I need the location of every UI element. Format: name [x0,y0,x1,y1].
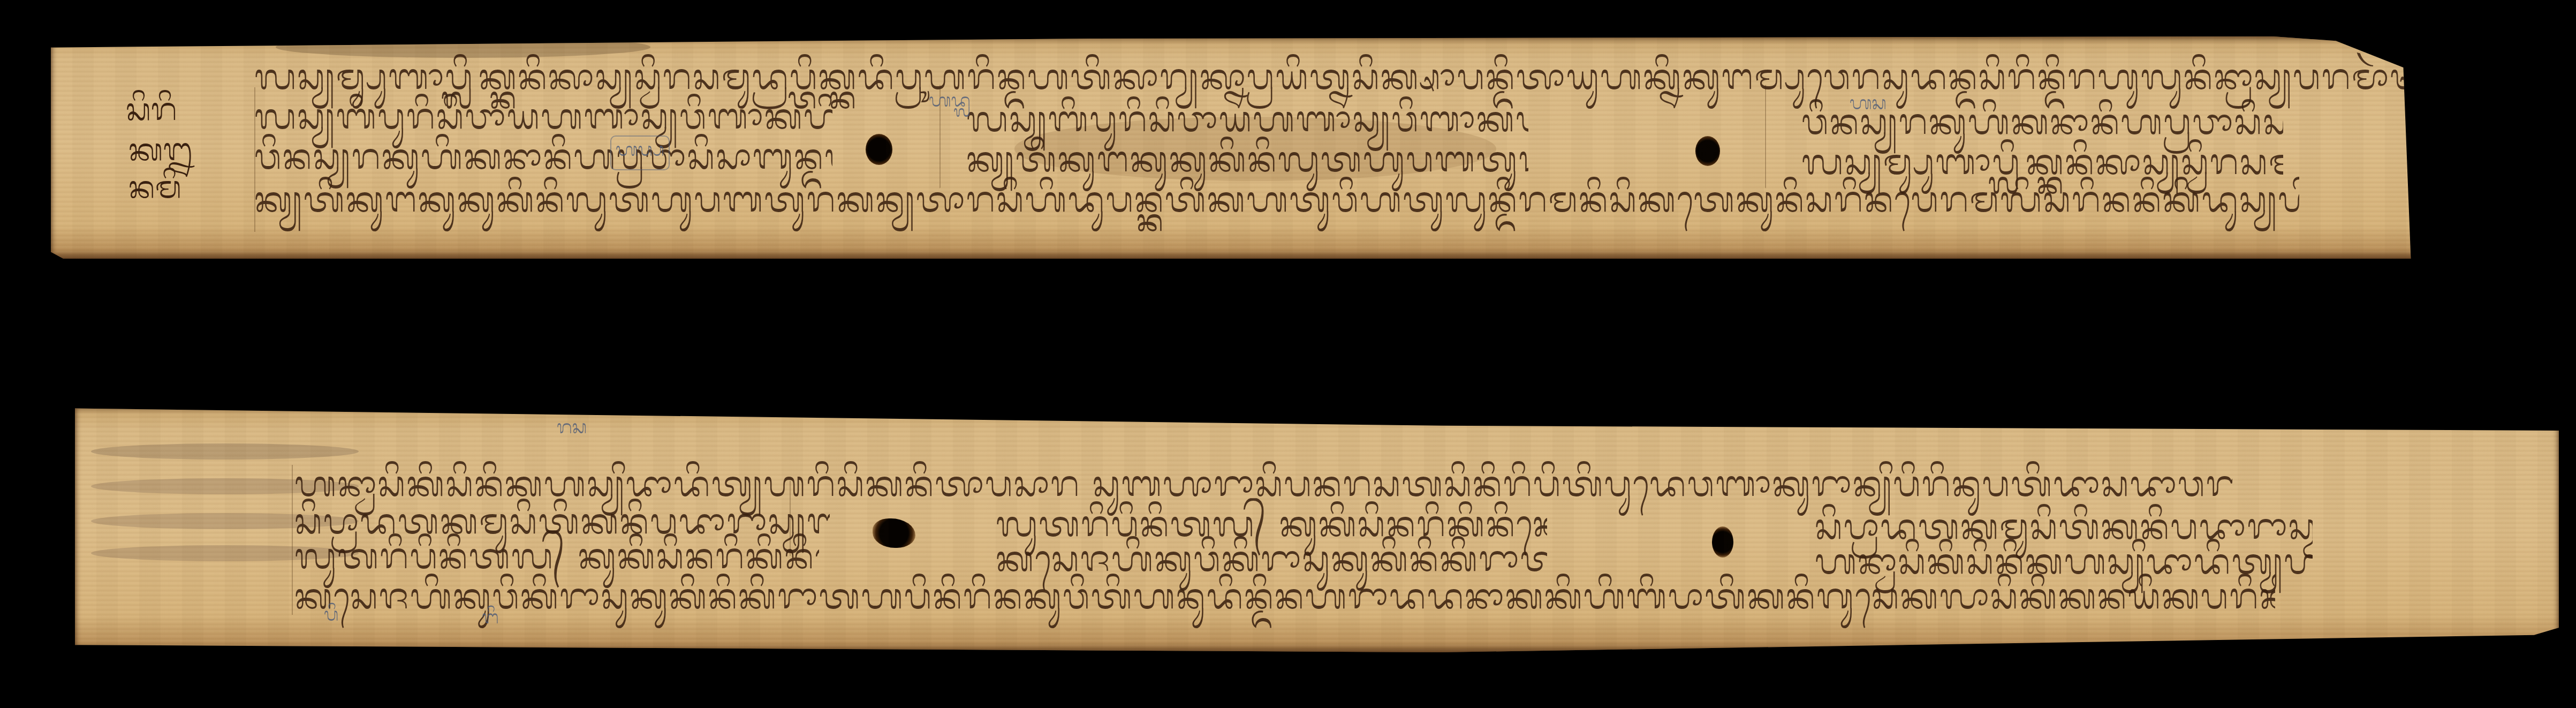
pencil-annotation: ᬳᬲ [1850,90,1886,123]
binding-hole-left [873,518,915,548]
palm-leaf-bottom: ᬳᬦ᭄ᬯᬵᬲᬶᬓᬶᬲᬶᬦᬶᬓᬳᬲ᭄ᬬᬶᬤᬵᬤᬶᬢ᭄ᬬᬳᬭᬶᬲᬶᬓᬦᬶᬢᬵᬧᬲᬵᬭ… [75,406,2559,652]
pencil-annotation: ᬗᬶ [482,604,499,637]
binding-hole-right [1695,136,1720,166]
palm-leaf-top: ᬲᬶᬭᬶ ᬓ᭒ ᬦᬫᬶ ᬮᬲ᭄ᬬᬫ᭄ᬲᬸᬩᬵᬧ᭄ᬮᬶᬓ᭄ᬓᬦᬶᬓᬵᬲ᭄ᬬᬲ᭄ᬯᬶ… [51,36,2548,259]
pencil-annotation: ᬭᬲ [557,414,587,447]
page-marker-line-3: ᬦᬫᬶ [128,165,181,221]
margin-rule [292,465,293,615]
binding-hole-right [1712,526,1733,558]
pencil-annotation: ᬧᬶ [324,601,338,634]
pencil-annotation: ᬳᬧ᭄ᬧ [610,135,670,170]
binding-hole-left [866,134,892,165]
text-line-4: ᬓᬲᬾᬚᬳᬶᬓᬸᬯᬶᬓᬶᬭᬵᬲᬸᬓᬸᬓᬶᬦᬶᬓᬶᬭᬵᬢᬳᬧᬶᬦᬶᬭᬶᬦᬓᬸᬯᬶᬢ… [294,570,2275,635]
text-line-4: ᬓ᭄ᬬᬢᬶᬓᬸᬗᬓᬸᬓᬸᬓᬶᬦᬶᬮᬸᬢᬳᬸᬧᬩᬢᬸᬭᬓᬦ᭄ᬬᬢᬵᬭᬲᬶᬳᬶᬤᬸᬧ… [254,174,2299,238]
leaf-stain [91,443,359,460]
pencil-annotation: ᬳᬤ᭄ᬮ [929,87,973,120]
